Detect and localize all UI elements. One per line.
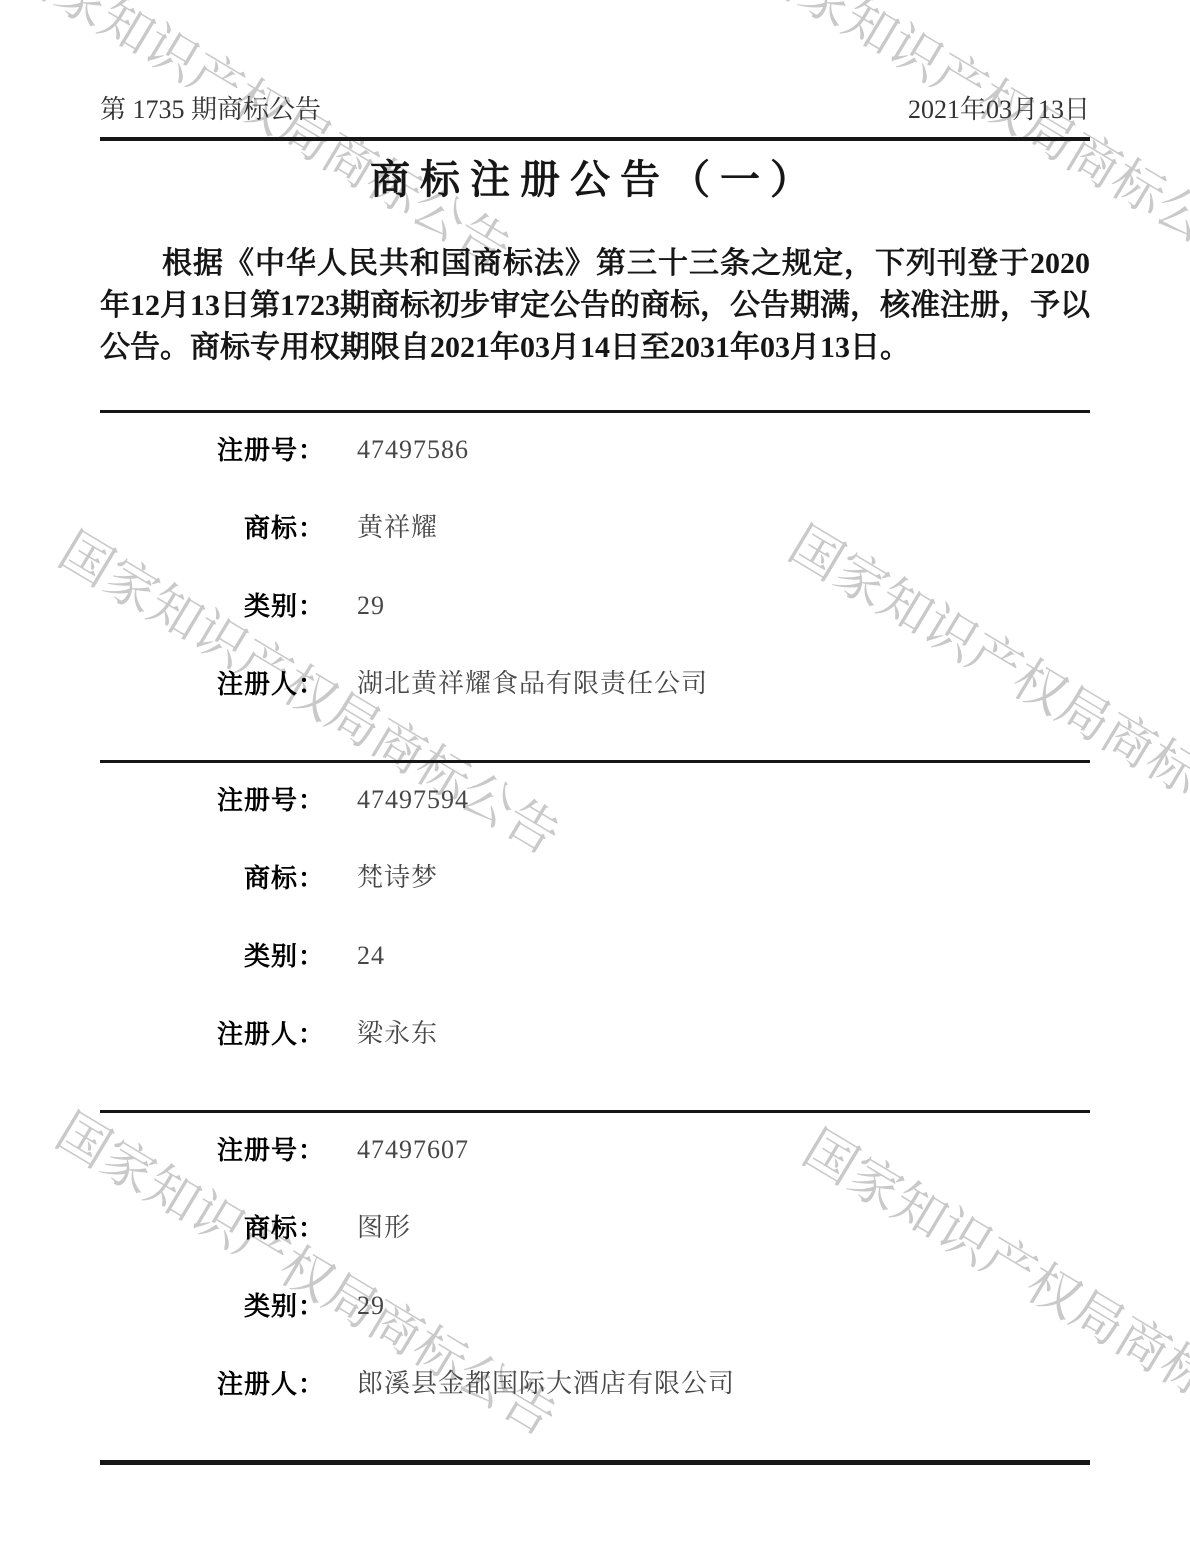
field-registrant: 注册人： 梁永东 — [100, 1019, 1090, 1049]
field-registration-no: 注册号： 47497607 — [100, 1135, 1090, 1165]
trademark-value: 梵诗梦 — [357, 863, 438, 893]
field-registrant: 注册人： 湖北黄祥耀食品有限责任公司 — [100, 669, 1090, 699]
registration-no-value: 47497586 — [357, 435, 469, 465]
entries-list: 注册号： 47497586 商标： 黄祥耀 类别： 29 注册人： 湖北黄祥耀食… — [100, 410, 1090, 1460]
registrant-label: 注册人： — [100, 1019, 325, 1049]
header-divider — [100, 137, 1090, 141]
trademark-value: 黄祥耀 — [357, 513, 438, 543]
registration-no-value: 47497607 — [357, 1135, 469, 1165]
field-category: 类别： 29 — [100, 591, 1090, 621]
field-trademark: 商标： 黄祥耀 — [100, 513, 1090, 543]
category-label: 类别： — [100, 591, 325, 621]
trademark-entry: 注册号： 47497607 商标： 图形 类别： 29 注册人： 郎溪县金都国际… — [100, 1110, 1090, 1460]
registration-no-label: 注册号： — [100, 435, 325, 465]
page-header: 第 1735 期商标公告 2021年03月13日 — [100, 0, 1090, 125]
field-category: 类别： 29 — [100, 1291, 1090, 1321]
category-value: 29 — [357, 591, 385, 621]
trademark-label: 商标： — [100, 863, 325, 893]
registrant-value: 梁永东 — [357, 1019, 438, 1049]
trademark-label: 商标： — [100, 513, 325, 543]
category-value: 24 — [357, 941, 385, 971]
issue-label: 第 1735 期商标公告 — [100, 95, 321, 125]
bottom-divider — [100, 1460, 1090, 1465]
field-registration-no: 注册号： 47497594 — [100, 785, 1090, 815]
page-content: 第 1735 期商标公告 2021年03月13日 商标注册公告（一） 根据《中华… — [0, 0, 1190, 1564]
registration-no-value: 47497594 — [357, 785, 469, 815]
category-label: 类别： — [100, 941, 325, 971]
field-registrant: 注册人： 郎溪县金都国际大酒店有限公司 — [100, 1369, 1090, 1399]
registrant-label: 注册人： — [100, 1369, 325, 1399]
registrant-value: 湖北黄祥耀食品有限责任公司 — [357, 669, 708, 699]
gazette-page: { "header": { "issue_label": "第 1735 期商标… — [0, 0, 1190, 1564]
page-title: 商标注册公告（一） — [100, 155, 1090, 205]
field-trademark: 商标： 梵诗梦 — [100, 863, 1090, 893]
registrant-label: 注册人： — [100, 669, 325, 699]
field-category: 类别： 24 — [100, 941, 1090, 971]
registration-no-label: 注册号： — [100, 785, 325, 815]
category-value: 29 — [357, 1291, 385, 1321]
category-label: 类别： — [100, 1291, 325, 1321]
field-trademark: 商标： 图形 — [100, 1213, 1090, 1243]
trademark-entry: 注册号： 47497586 商标： 黄祥耀 类别： 29 注册人： 湖北黄祥耀食… — [100, 410, 1090, 760]
registration-no-label: 注册号： — [100, 1135, 325, 1165]
trademark-label: 商标： — [100, 1213, 325, 1243]
intro-paragraph: 根据《中华人民共和国商标法》第三十三条之规定，下列刊登于2020年12月13日第… — [100, 243, 1090, 369]
trademark-value: 图形 — [357, 1213, 411, 1243]
field-registration-no: 注册号： 47497586 — [100, 435, 1090, 465]
publication-date: 2021年03月13日 — [908, 95, 1090, 125]
trademark-entry: 注册号： 47497594 商标： 梵诗梦 类别： 24 注册人： 梁永东 — [100, 760, 1090, 1110]
registrant-value: 郎溪县金都国际大酒店有限公司 — [357, 1369, 735, 1399]
